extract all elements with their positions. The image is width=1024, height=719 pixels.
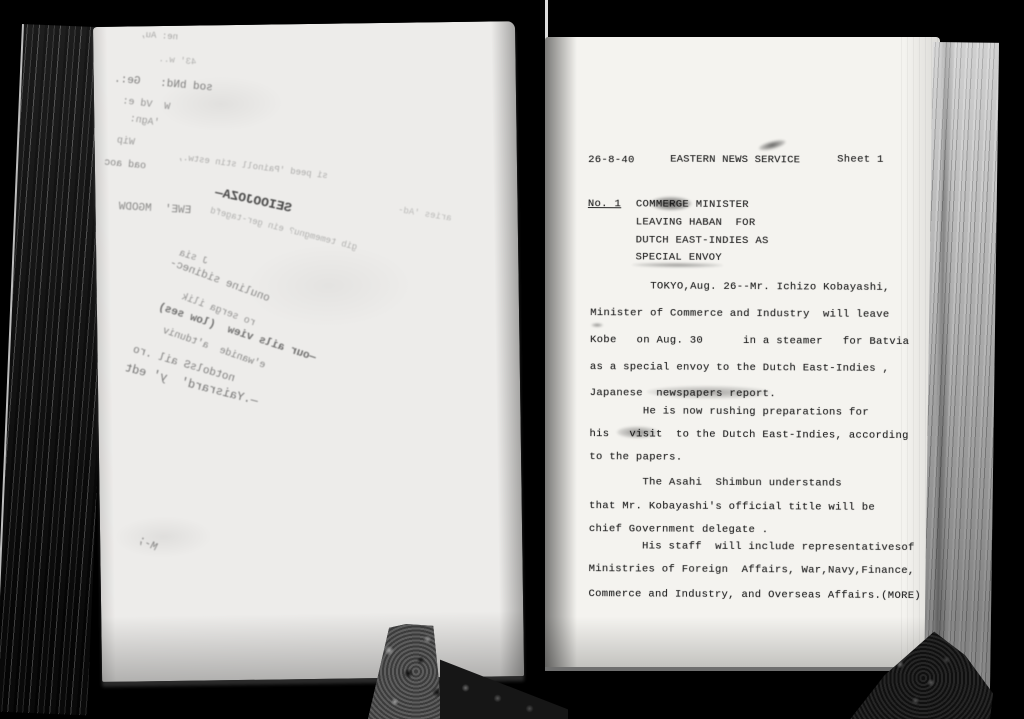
body-line: TOKYO,Aug. 26--Mr. Ichizo Kobayashi, (590, 280, 889, 295)
news-dispatch-text: 26-8-40 EASTERN NEWS SERVICE Sheet 1 No.… (543, 36, 942, 668)
body-line: Minister of Commerce and Industry will l… (590, 307, 889, 322)
ink-smudge (616, 426, 658, 438)
ghost-text-fragment: 'Agn: (129, 115, 160, 130)
body-line: that Mr. Kobayashi's official title will… (589, 500, 875, 515)
left-page: ne: Au, 43' w.. sod bNd: Ge:. W Vd e: 'A… (93, 21, 524, 682)
ghost-text-fragment: ne: Au, (140, 31, 178, 43)
body-line: His staff will include representativesof (589, 540, 915, 555)
ink-smudge (632, 262, 724, 268)
dispatch-date: 26-8-40 (588, 154, 635, 167)
ghost-text-fragment: sod bNd: Ge:. (114, 75, 214, 95)
agency-name: EASTERN NEWS SERVICE (670, 154, 800, 168)
ghost-text-fragment: 43' w.. (158, 55, 196, 67)
ghost-text-fragment: si peed 'Painoll stin estw., (177, 153, 328, 181)
body-line: Ministries of Foreign Affairs, War,Navy,… (589, 563, 915, 578)
ghost-text-fragment: M-; (136, 535, 159, 554)
headline-line: LEAVING HABAN FOR (636, 216, 756, 230)
ink-mark (758, 138, 787, 153)
ghost-text-fragment: oad aoc (104, 159, 147, 173)
ghost-text-fragment: aries 'Ad- (397, 206, 452, 224)
headline-line: DUTCH EAST-INDIES AS (636, 234, 769, 248)
right-page: 26-8-40 EASTERN NEWS SERVICE Sheet 1 No.… (545, 37, 940, 671)
body-line: to the papers. (589, 451, 682, 465)
article-number: No. 1 (588, 198, 621, 211)
ink-mark (591, 323, 603, 327)
sheet-number: Sheet 1 (837, 154, 884, 167)
body-line: as a special envoy to the Dutch East-Ind… (590, 361, 889, 376)
right-page-edges (924, 42, 999, 693)
body-line: The Asahi Shimbun understands (589, 476, 842, 491)
body-line: Kobe on Aug. 30 in a steamer for Batvia (590, 334, 909, 349)
ghost-text-fragment: Wip (116, 136, 135, 148)
ghost-text-fragment: EWE' MGODW (118, 202, 191, 217)
body-line: chief Government delegate . (589, 523, 769, 537)
body-line: He is now rushing preparations for (590, 405, 869, 420)
open-book-photo: ne: Au, 43' w.. sod bNd: Ge:. W Vd e: 'A… (0, 0, 1024, 719)
ink-smudge (650, 196, 692, 210)
ghost-text-fragment: W Vd e: (122, 97, 171, 113)
body-line: Commerce and Industry, and Overseas Affa… (588, 588, 921, 603)
